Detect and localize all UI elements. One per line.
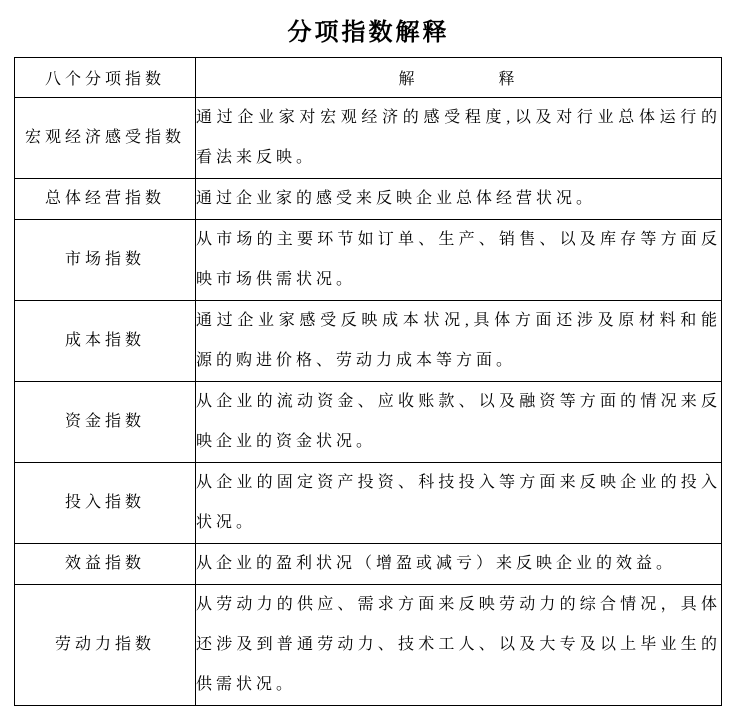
index-name-cell: 总体经营指数	[15, 179, 196, 220]
index-name-cell: 效益指数	[15, 544, 196, 585]
page: { "page": { "title": "分项指数解释" }, "colors…	[0, 0, 737, 717]
index-name-cell: 资金指数	[15, 382, 196, 463]
explanation-cell: 通过企业家对宏观经济的感受程度,以及对行业总体运行的看法来反映。	[196, 98, 722, 179]
index-name-cell: 投入指数	[15, 463, 196, 544]
index-name-cell: 劳动力指数	[15, 585, 196, 706]
explanation-cell: 通过企业家感受反映成本状况,具体方面还涉及原材料和能源的购进价格、劳动力成本等方…	[196, 301, 722, 382]
index-name-cell: 宏观经济感受指数	[15, 98, 196, 179]
table-row-macro-economy: 宏观经济感受指数 通过企业家对宏观经济的感受程度,以及对行业总体运行的看法来反映…	[15, 98, 722, 179]
explanation-cell: 从市场的主要环节如订单、生产、销售、以及库存等方面反映市场供需状况。	[196, 220, 722, 301]
explanation-cell: 从企业的固定资产投资、科技投入等方面来反映企业的投入状况。	[196, 463, 722, 544]
table-row-overall-operation: 总体经营指数 通过企业家的感受来反映企业总体经营状况。	[15, 179, 722, 220]
table-row-investment: 投入指数 从企业的固定资产投资、科技投入等方面来反映企业的投入状况。	[15, 463, 722, 544]
header-index-cell: 八个分项指数	[15, 58, 196, 98]
header-explanation-cell: 解 释	[196, 58, 722, 98]
table-row-cost: 成本指数 通过企业家感受反映成本状况,具体方面还涉及原材料和能源的购进价格、劳动…	[15, 301, 722, 382]
table-row-benefit: 效益指数 从企业的盈利状况（增盈或减亏）来反映企业的效益。	[15, 544, 722, 585]
explanation-cell: 从企业的盈利状况（增盈或减亏）来反映企业的效益。	[196, 544, 722, 585]
index-explanation-table: 八个分项指数 解 释 宏观经济感受指数 通过企业家对宏观经济的感受程度,以及对行…	[14, 57, 722, 706]
index-name-cell: 成本指数	[15, 301, 196, 382]
table-row-market: 市场指数 从市场的主要环节如订单、生产、销售、以及库存等方面反映市场供需状况。	[15, 220, 722, 301]
table-header-row: 八个分项指数 解 释	[15, 58, 722, 98]
explanation-cell: 从劳动力的供应、需求方面来反映劳动力的综合情况，具体还涉及到普通劳动力、技术工人…	[196, 585, 722, 706]
table-row-labor: 劳动力指数 从劳动力的供应、需求方面来反映劳动力的综合情况，具体还涉及到普通劳动…	[15, 585, 722, 706]
explanation-cell: 通过企业家的感受来反映企业总体经营状况。	[196, 179, 722, 220]
table-row-capital: 资金指数 从企业的流动资金、应收账款、以及融资等方面的情况来反映企业的资金状况。	[15, 382, 722, 463]
index-name-cell: 市场指数	[15, 220, 196, 301]
page-title: 分项指数解释	[0, 12, 737, 47]
explanation-cell: 从企业的流动资金、应收账款、以及融资等方面的情况来反映企业的资金状况。	[196, 382, 722, 463]
